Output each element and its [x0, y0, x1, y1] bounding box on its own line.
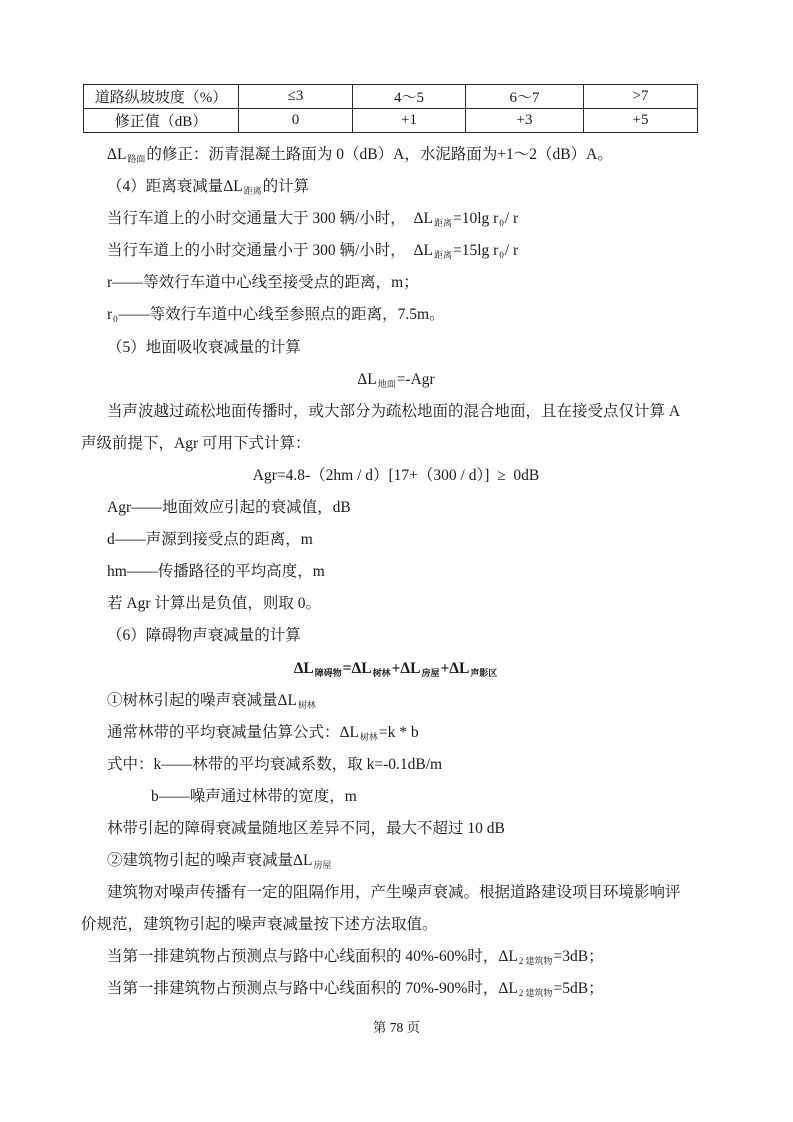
- subscript: 2 建筑物: [519, 956, 553, 966]
- table-cell: 修正值（dB）: [84, 109, 239, 133]
- text-line: 当声波越过疏松地面传播时，或大部分为疏松地面的混合地面，且在接受点仅计算 A: [81, 396, 711, 428]
- subscript: 2 建筑物: [519, 988, 553, 998]
- document-page: 道路纵坡坡度（%） ≤3 4～5 6～7 >7 修正值（dB） 0 +1 +3 …: [0, 0, 793, 1122]
- subscript: 距离: [434, 218, 452, 228]
- text-line: 式中：k——林带的平均衰减系数，取 k=-0.1dB/m: [81, 749, 711, 781]
- subscript: 距离: [244, 186, 262, 196]
- subscript: 房屋: [313, 860, 331, 870]
- table-cell: >7: [584, 85, 698, 109]
- text-line: Agr=4.8-（2hm / d）[17+（300 / d）] ≥ 0dB: [81, 460, 711, 492]
- text-line: b——噪声通过林带的宽度，m: [81, 781, 711, 813]
- text-line: ①树林引起的噪声衰减量ΔL树林: [81, 685, 711, 717]
- table-cell: +1: [353, 109, 466, 133]
- table-cell: 0: [239, 109, 353, 133]
- text-line: （4）距离衰减量ΔL距离的计算: [81, 171, 711, 203]
- table-cell: +3: [466, 109, 584, 133]
- text-line: ΔL路面的修正：沥青混凝土路面为 0（dB）A，水泥路面为+1～2（dB）A。: [81, 139, 711, 171]
- text-line: ΔL地面=-Agr: [81, 364, 711, 396]
- text-line: （6）障碍物声衰减量的计算: [81, 620, 711, 652]
- text-line: r——等效行车道中心线至接受点的距离，m；: [81, 267, 711, 299]
- text-line: 当行车道上的小时交通量小于 300 辆/小时， ΔL距离=15lg r0/ r: [81, 235, 711, 267]
- page-number: 第 78 页: [0, 1018, 793, 1038]
- text-line: 当行车道上的小时交通量大于 300 辆/小时， ΔL距离=10lg r0/ r: [81, 203, 711, 235]
- text-line: 建筑物对噪声传播有一定的阻隔作用，产生噪声衰减。根据道路建设项目环境影响评: [81, 877, 711, 909]
- subscript: 声影区: [470, 668, 497, 678]
- subscript: 树林: [360, 732, 378, 742]
- text-line: d——声源到接受点的距离，m: [81, 524, 711, 556]
- subscript: 地面: [378, 379, 396, 389]
- subscript: 树林: [373, 668, 391, 678]
- subscript: 0: [499, 218, 504, 228]
- subscript: 路面: [127, 154, 145, 164]
- table-cell: ≤3: [239, 85, 353, 109]
- subscript: 障碍物: [315, 668, 342, 678]
- content-lines: ΔL路面的修正：沥青混凝土路面为 0（dB）A，水泥路面为+1～2（dB）A。（…: [81, 139, 711, 1006]
- text-line: hm——传播路径的平均高度，m: [81, 556, 711, 588]
- table-cell: 道路纵坡坡度（%）: [84, 85, 239, 109]
- table-row: 修正值（dB） 0 +1 +3 +5: [84, 109, 698, 133]
- table-cell: 6～7: [466, 85, 584, 109]
- subscript: 树林: [298, 700, 316, 710]
- table-cell: 4～5: [353, 85, 466, 109]
- text-line: 林带引起的障碍衰减量随地区差异不同，最大不超过 10 dB: [81, 813, 711, 845]
- slope-correction-table: 道路纵坡坡度（%） ≤3 4～5 6～7 >7 修正值（dB） 0 +1 +3 …: [83, 84, 698, 133]
- table-row: 道路纵坡坡度（%） ≤3 4～5 6～7 >7: [84, 85, 698, 109]
- subscript: 距离: [434, 250, 452, 260]
- text-line: 通常林带的平均衰减量估算公式：ΔL树林=k * b: [81, 717, 711, 749]
- text-line: ΔL障碍物=ΔL树林+ΔL房屋+ΔL声影区: [81, 653, 711, 685]
- subscript: 0: [499, 250, 504, 260]
- text-line: Agr——地面效应引起的衰减值，dB: [81, 492, 711, 524]
- text-line: ②建筑物引起的噪声衰减量ΔL房屋: [81, 845, 711, 877]
- text-line: r0——等效行车道中心线至参照点的距离，7.5m。: [81, 299, 711, 331]
- text-line: 若 Agr 计算出是负值，则取 0。: [81, 588, 711, 620]
- text-line: 当第一排建筑物占预测点与路中心线面积的 40%-60%时，ΔL2 建筑物=3dB…: [81, 941, 711, 973]
- text-line: 当第一排建筑物占预测点与路中心线面积的 70%-90%时，ΔL2 建筑物=5dB…: [81, 973, 711, 1005]
- subscript: 0: [113, 314, 118, 324]
- text-line: （5）地面吸收衰减量的计算: [81, 332, 711, 364]
- text-line: 价规范，建筑物引起的噪声衰减量按下述方法取值。: [81, 909, 711, 941]
- subscript: 房屋: [421, 668, 439, 678]
- text-line: 声级前提下，Agr 可用下式计算：: [81, 428, 711, 460]
- table-cell: +5: [584, 109, 698, 133]
